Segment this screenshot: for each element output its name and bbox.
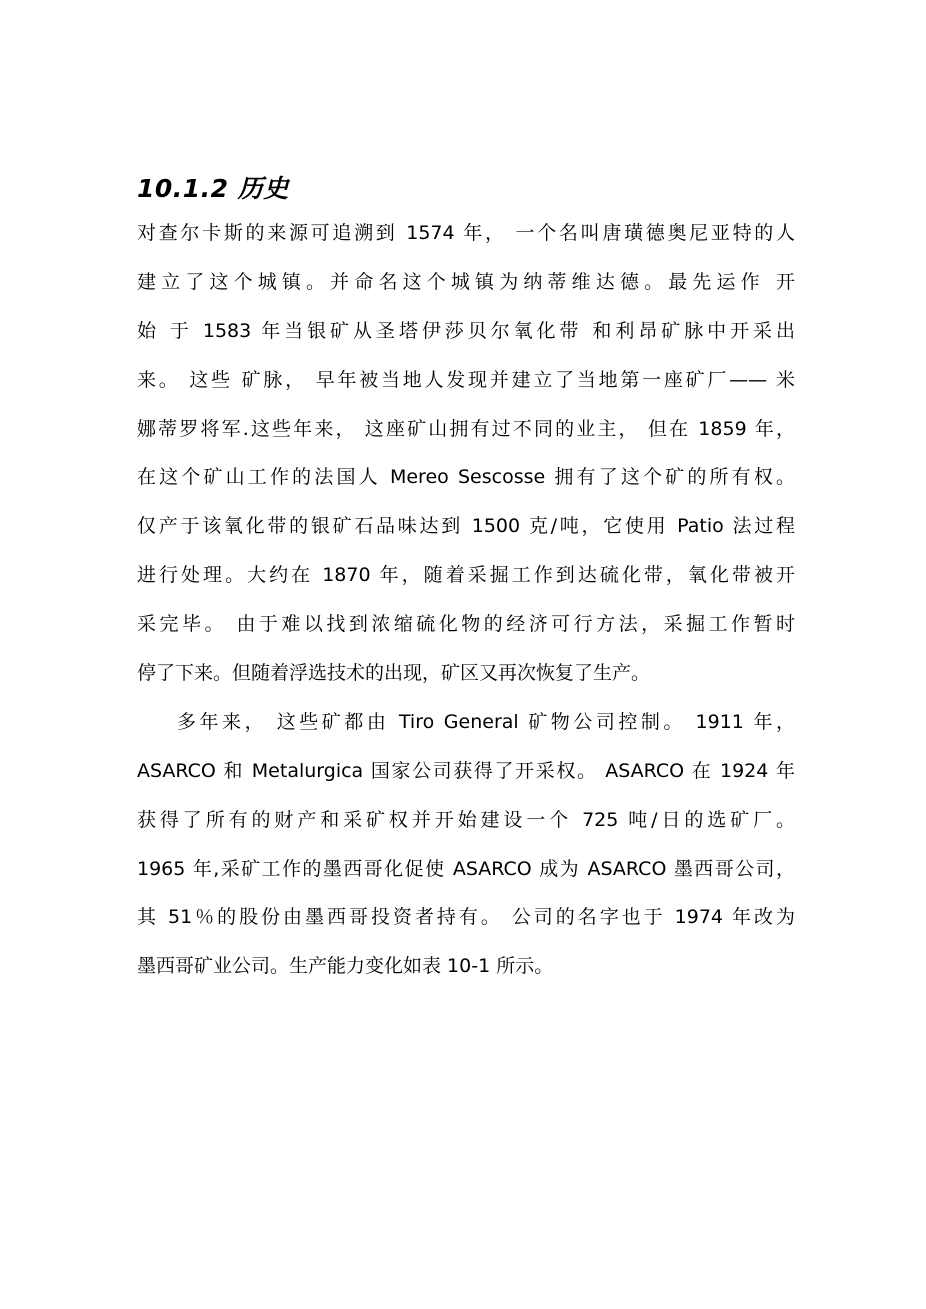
text-line: 采完毕。 由于难以找到浓缩硫化物的经济可行方法，采掘工作暂时 (137, 600, 795, 649)
text-line: 在这个矿山工作的法国人 Mereo Sescosse 拥有了这个矿的所有权。 (137, 453, 795, 502)
text-line: 对查尔卡斯的来源可追溯到 1574 年， 一个名叫唐璜德奥尼亚特的人 (137, 209, 795, 258)
text-line: 停了下来。但随着浮选技术的出现，矿区又再次恢复了生产。 (137, 649, 795, 698)
text-line: 墨西哥矿业公司。生产能力变化如表 10-1 所示。 (137, 942, 795, 991)
text-line: 获得了所有的财产和采矿权并开始建设一个 725 吨/日的选矿厂。 (137, 796, 795, 845)
text-line: 始 于 1583 年当银矿从圣塔伊莎贝尔氧化带 和利昂矿脉中开采出 (137, 307, 795, 356)
text-line: 来。 这些 矿脉， 早年被当地人发现并建立了当地第一座矿厂—— 米 (137, 356, 795, 405)
text-line: 仅产于该氧化带的银矿石品味达到 1500 克/吨，它使用 Patio 法过程 (137, 502, 795, 551)
section-heading: 10.1.2 历史 (137, 171, 795, 209)
text-line: 娜蒂罗将军.这些年来， 这座矿山拥有过不同的业主， 但在 1859 年， (137, 405, 795, 454)
text-line: 建立了这个城镇。并命名这个城镇为纳蒂维达德。最先运作 开 (137, 258, 795, 307)
text-line: 多年来， 这些矿都由 Tiro General 矿物公司控制。 1911 年， (137, 698, 795, 747)
body-text: 对查尔卡斯的来源可追溯到 1574 年， 一个名叫唐璜德奥尼亚特的人建立了这个城… (137, 209, 795, 991)
text-line: 进行处理。大约在 1870 年，随着采掘工作到达硫化带，氧化带被开 (137, 551, 795, 600)
document-page: 10.1.2 历史 对查尔卡斯的来源可追溯到 1574 年， 一个名叫唐璜德奥尼… (0, 0, 926, 1309)
text-line: 1965 年,采矿工作的墨西哥化促使 ASARCO 成为 ASARCO 墨西哥公… (137, 845, 795, 894)
text-line: 其 51％的股份由墨西哥投资者持有。 公司的名字也于 1974 年改为 (137, 893, 795, 942)
text-line: ASARCO 和 Metalurgica 国家公司获得了开采权。 ASARCO … (137, 747, 795, 796)
document-content: 10.1.2 历史 对查尔卡斯的来源可追溯到 1574 年， 一个名叫唐璜德奥尼… (137, 171, 795, 991)
